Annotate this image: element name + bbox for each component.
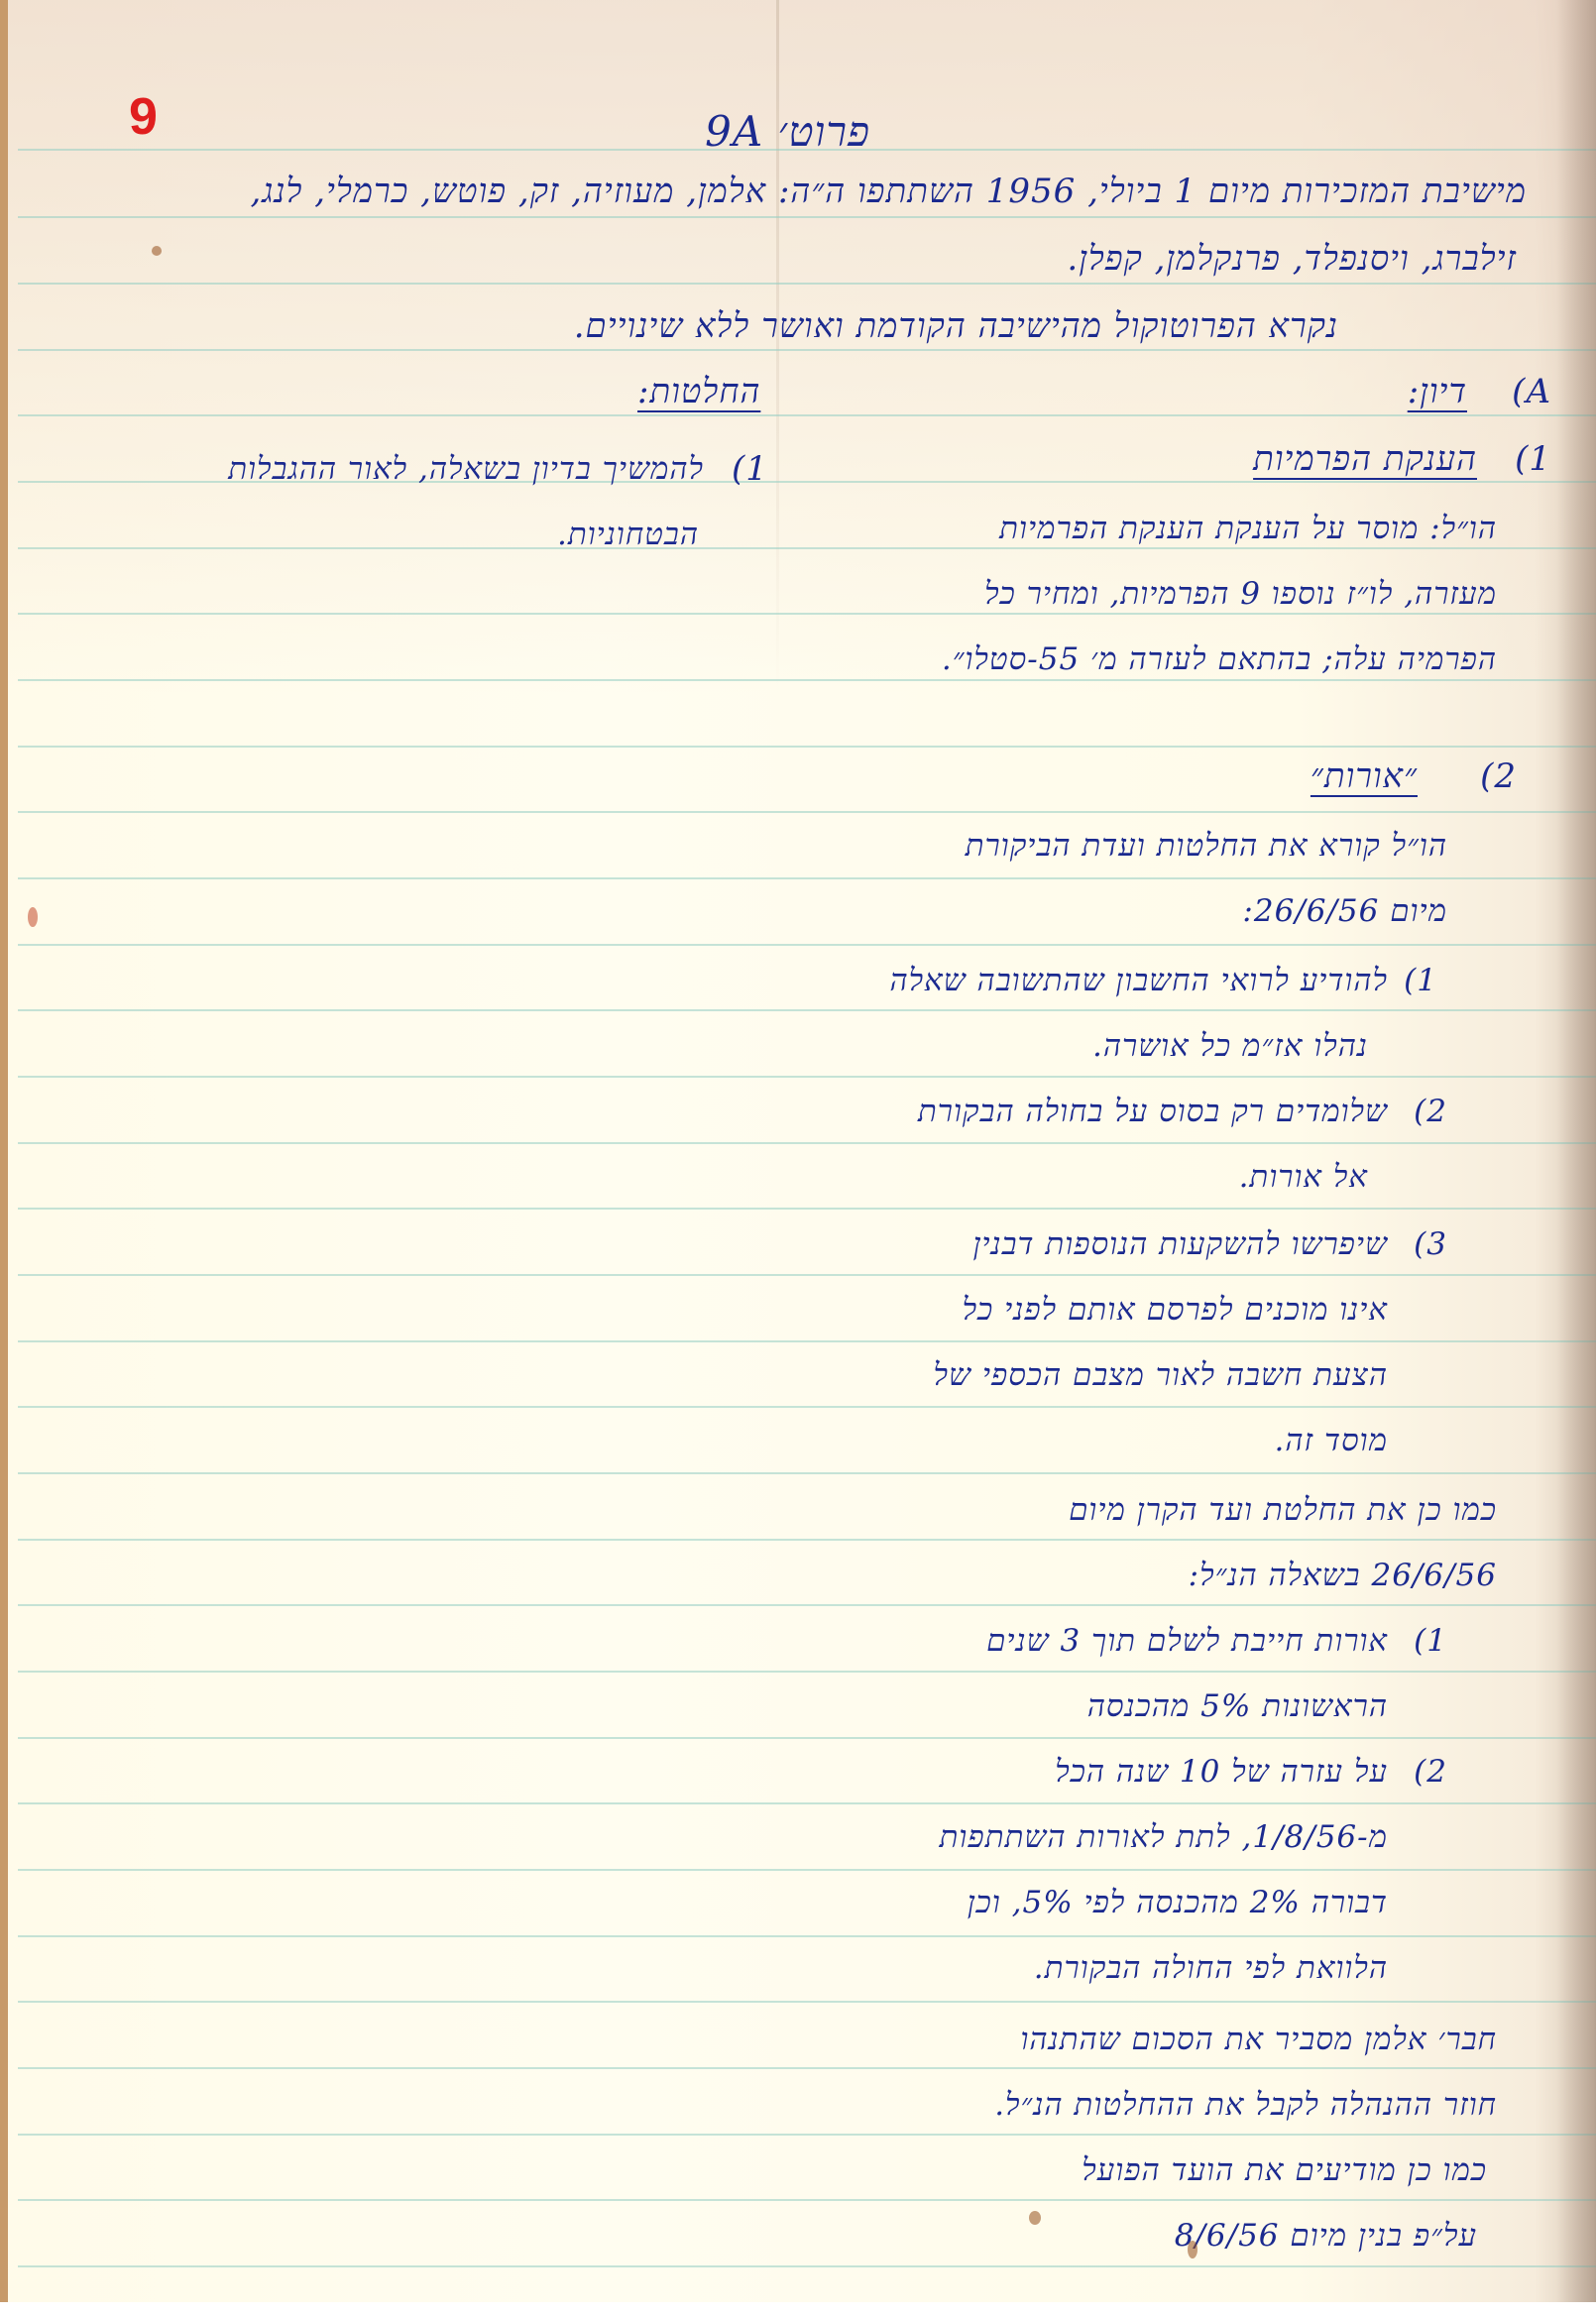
item-2-heading: ״אורות״ xyxy=(1311,744,1418,809)
continuation-line: 26/6/56 בשאלה הנ״ל: xyxy=(1189,1543,1497,1608)
subitem-line: נהלו אז״מ כל אושרה. xyxy=(1092,1013,1368,1079)
subitem-line: שיפרשו להשקעות הנוספות דבנין xyxy=(972,1212,1388,1277)
ink-stain xyxy=(1029,2211,1041,2225)
decision-1-number: 1) xyxy=(732,436,768,502)
decisions-heading: החלטות: xyxy=(637,359,760,424)
item-1-line: מעזרה, לו״ז נוספו 9 הפרמיות, ומחיר כל xyxy=(984,561,1497,627)
subitem-line: הראשונות 5% מהכנסה xyxy=(1087,1674,1388,1739)
item-2-line: הו״ל קורא את החלטות ועדת הביקורת xyxy=(966,813,1447,878)
closing-line: כמו כן מודיעים את הועד הפועל xyxy=(1082,2138,1487,2203)
subitem-number: 2) xyxy=(1414,1079,1447,1144)
subitem-number: 3) xyxy=(1414,1212,1447,1277)
subitem-number: 1) xyxy=(1414,1608,1447,1674)
item-1-number: 1) xyxy=(1515,426,1551,492)
document-title: פרוט׳ 9A xyxy=(613,99,870,165)
subitem-line: להודיע לרואי החשבון שהתשובה שאלה xyxy=(889,948,1388,1013)
decision-1-line: הבטחוניות. xyxy=(557,502,699,567)
subitem-line: מ-1/8/56, לתת לאורות השתתפות xyxy=(940,1804,1388,1870)
subitem-line: שלומדים רק בסוס על בחולה הבקורת xyxy=(918,1079,1388,1144)
ruled-line xyxy=(18,944,1596,946)
subitem-number: 1) xyxy=(1404,948,1437,1013)
discussion-heading: דיון: xyxy=(1408,359,1467,424)
item-1-line: הו״ל: מוסר על הענקת הענקת הפרמיות xyxy=(999,496,1497,561)
subitem-line: אל אורות. xyxy=(1239,1144,1368,1210)
attendance-line-2: זילברג, ויסנפלד, פרנקלמן, קפלן. xyxy=(1067,226,1517,291)
subitem-line: מוסד זה. xyxy=(1275,1408,1388,1473)
closing-line: חוזר ההנהלה לקבל את ההחלטות הנ״ל. xyxy=(994,2072,1497,2138)
item-1-line: הפרמיה עלה; בהתאם לעזרה מ׳ 55-סטלו״. xyxy=(942,627,1497,692)
continuation-line: כמו כן את החלטת ועד הקרן מיום xyxy=(1069,1477,1497,1543)
subitem-line: דבורה 2% מהכנסה לפי 5%, וכן xyxy=(968,1870,1388,1935)
ruled-line xyxy=(18,2001,1596,2003)
subitem-number: 2) xyxy=(1414,1739,1447,1804)
decision-1-line: להמשיך בדיון בשאלה, לאור ההגבלות xyxy=(228,436,704,502)
item-2-number: 2) xyxy=(1480,744,1517,809)
attendance-line-1: מישיבת המזכירות מיום 1 ביולי, 1956 השתתפ… xyxy=(250,159,1527,224)
notebook-page: 9 פרוט׳ 9A מישיבת המזכירות מיום 1 ביולי,… xyxy=(0,0,1596,2302)
previous-minutes-approved: נקרא הפרוטוקול מהישיבה הקודמת ואושר ללא … xyxy=(574,293,1338,359)
ruled-line xyxy=(18,414,1596,416)
subitem-line: הצעת חשבה לאור מצבם הכספי של xyxy=(934,1342,1388,1408)
page-number-marker: 9 xyxy=(129,91,158,143)
subitem-line: על עזרה של 10 שנה הכל xyxy=(1055,1739,1388,1804)
discussion-marker: A) xyxy=(1512,359,1551,424)
closing-line: על״פ בנין מיום 8/6/56 xyxy=(1175,2203,1477,2268)
subitem-line: אורות חייבת לשלם תוך 3 שנים xyxy=(986,1608,1388,1674)
item-1-heading: הענקת הפרמיות xyxy=(1253,426,1477,492)
ink-stain xyxy=(1188,2241,1197,2259)
paper-mark xyxy=(28,907,38,927)
subitem-line: הלוואת לפי החולה הבקורת. xyxy=(1034,1935,1388,2001)
binding-shadow xyxy=(1556,0,1596,2302)
closing-line: חבר׳ אלמן מסביר את הסכום שהתנהו xyxy=(1020,2007,1497,2072)
ink-stain xyxy=(152,246,162,256)
subitem-line: אינו מוכנים לפרסם אותם לפני כל xyxy=(963,1277,1388,1342)
item-2-line: מיום 26/6/56: xyxy=(1242,878,1447,944)
